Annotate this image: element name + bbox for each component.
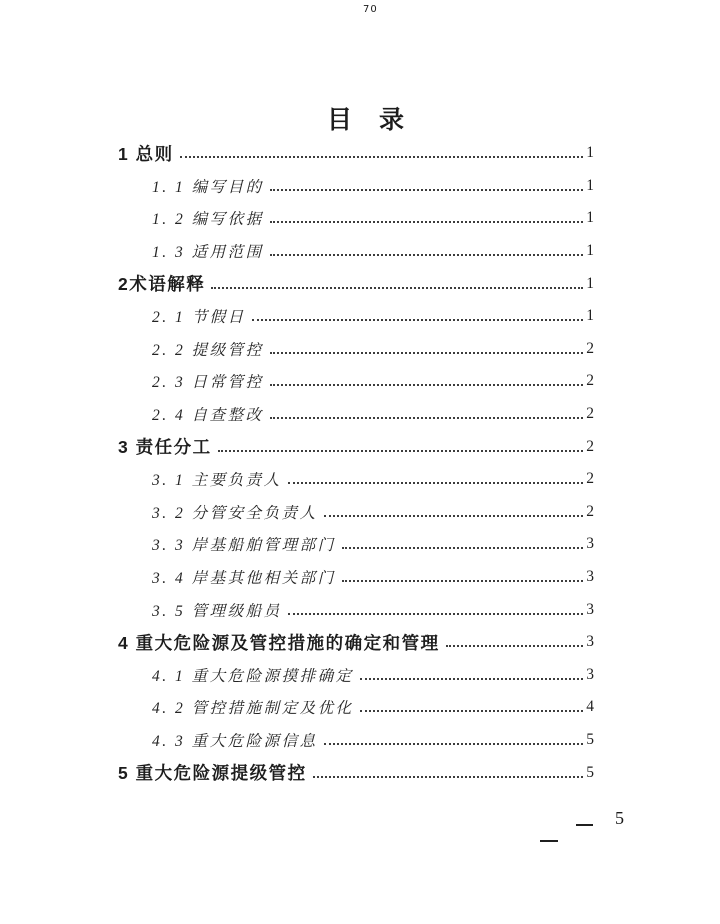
toc-entry[interactable]: 1. 3 适用范围 1 [118, 235, 594, 268]
toc-entry[interactable]: 2术语解释 1 [118, 267, 594, 300]
dotted-leader [180, 148, 584, 158]
toc-entry-page-number: 3 [586, 568, 594, 586]
toc-entry[interactable]: 3. 3 岸基船舶管理部门 3 [118, 528, 594, 561]
footer-dash [540, 840, 558, 842]
toc-entry-page-number: 1 [586, 209, 594, 227]
toc-entry[interactable]: 4. 3 重大危险源信息 5 [118, 724, 594, 757]
toc-entry-page-number: 2 [586, 503, 594, 521]
toc-entry[interactable]: 1 总则 1 [118, 137, 594, 170]
toc-entry-label: 5 重大危险源提级管控 [118, 760, 307, 785]
toc-entry-page-number: 1 [586, 144, 594, 162]
toc-entry-page-number: 3 [586, 535, 594, 553]
toc-entry-label: 3. 2 分管安全负责人 [152, 501, 318, 523]
dotted-leader [288, 605, 584, 615]
toc-entry-label: 4. 1 重大危险源摸排确定 [152, 664, 354, 686]
toc-entry-label: 2. 2 提级管控 [152, 338, 264, 360]
toc-entry[interactable]: 3 责任分工 2 [118, 430, 594, 463]
toc-entry-page-number: 5 [586, 731, 594, 749]
dotted-leader [446, 637, 584, 647]
toc-entry-label: 2. 4 自查整改 [152, 403, 264, 425]
toc-entry-page-number: 2 [586, 340, 594, 358]
table-of-contents: 1 总则 1 1. 1 编写目的 1 1. 2 编写依据 1 1. 3 适用范围… [118, 137, 594, 789]
dotted-leader [270, 376, 584, 386]
toc-entry-page-number: 1 [586, 242, 594, 260]
toc-entry[interactable]: 1. 1 编写目的 1 [118, 170, 594, 203]
dotted-leader [252, 311, 584, 321]
toc-entry-page-number: 1 [586, 177, 594, 195]
toc-entry[interactable]: 3. 5 管理级船员 3 [118, 593, 594, 626]
toc-entry-page-number: 2 [586, 438, 594, 456]
dotted-leader [270, 181, 584, 191]
toc-entry-label: 4. 2 管控措施制定及优化 [152, 696, 354, 718]
toc-entry-label: 4. 3 重大危险源信息 [152, 729, 318, 751]
toc-entry-label: 1. 2 编写依据 [152, 207, 264, 229]
toc-entry-label: 3. 4 岸基其他相关部门 [152, 566, 336, 588]
toc-entry[interactable]: 5 重大危险源提级管控 5 [118, 756, 594, 789]
footer-dash [576, 824, 593, 826]
toc-entry-page-number: 2 [586, 372, 594, 390]
toc-entry-label: 2. 3 日常管控 [152, 370, 264, 392]
toc-entry-label: 1. 3 适用范围 [152, 240, 264, 262]
dotted-leader [288, 474, 584, 484]
dotted-leader [324, 735, 584, 745]
toc-entry-page-number: 1 [586, 275, 594, 293]
dotted-leader [270, 409, 584, 419]
toc-entry[interactable]: 2. 3 日常管控 2 [118, 365, 594, 398]
dotted-leader [270, 344, 584, 354]
toc-entry[interactable]: 2. 4 自查整改 2 [118, 398, 594, 431]
dotted-leader [211, 279, 583, 289]
toc-entry-label: 3. 5 管理级船员 [152, 599, 282, 621]
toc-entry-page-number: 5 [586, 764, 594, 782]
dotted-leader [360, 702, 584, 712]
dotted-leader [360, 670, 584, 680]
dotted-leader [342, 539, 584, 549]
toc-entry[interactable]: 4. 2 管控措施制定及优化 4 [118, 691, 594, 724]
toc-entry-label: 2. 1 节假日 [152, 305, 246, 327]
toc-entry[interactable]: 3. 2 分管安全负责人 2 [118, 496, 594, 529]
toc-entry[interactable]: 3. 1 主要负责人 2 [118, 463, 594, 496]
dotted-leader [218, 442, 584, 452]
footer-page-number: 5 [615, 808, 624, 829]
toc-entry-label: 3 责任分工 [118, 434, 212, 459]
dotted-leader [270, 213, 584, 223]
toc-entry-label: 1. 1 编写目的 [152, 175, 264, 197]
toc-entry-page-number: 3 [586, 601, 594, 619]
toc-entry[interactable]: 4 重大危险源及管控措施的确定和管理 3 [118, 626, 594, 659]
toc-entry[interactable]: 2. 2 提级管控 2 [118, 333, 594, 366]
running-head-page-number: 70 [363, 4, 378, 15]
dotted-leader [342, 572, 584, 582]
document-page: 70 目 录 1 总则 1 1. 1 编写目的 1 1. 2 编写依据 1 1.… [0, 0, 720, 924]
toc-entry[interactable]: 4. 1 重大危险源摸排确定 3 [118, 659, 594, 692]
toc-entry-page-number: 4 [586, 698, 594, 716]
page-title: 目 录 [6, 100, 720, 136]
toc-entry-page-number: 2 [586, 470, 594, 488]
toc-entry-page-number: 3 [586, 666, 594, 684]
toc-entry[interactable]: 2. 1 节假日 1 [118, 300, 594, 333]
toc-entry[interactable]: 3. 4 岸基其他相关部门 3 [118, 561, 594, 594]
toc-entry[interactable]: 1. 2 编写依据 1 [118, 202, 594, 235]
dotted-leader [313, 768, 584, 778]
toc-entry-page-number: 1 [586, 307, 594, 325]
toc-entry-label: 2术语解释 [118, 271, 205, 296]
toc-entry-label: 3. 3 岸基船舶管理部门 [152, 533, 336, 555]
toc-entry-label: 4 重大危险源及管控措施的确定和管理 [118, 630, 440, 655]
toc-entry-page-number: 3 [586, 633, 594, 651]
toc-entry-page-number: 2 [586, 405, 594, 423]
dotted-leader [270, 246, 584, 256]
toc-entry-label: 3. 1 主要负责人 [152, 468, 282, 490]
dotted-leader [324, 507, 584, 517]
toc-entry-label: 1 总则 [118, 141, 174, 166]
